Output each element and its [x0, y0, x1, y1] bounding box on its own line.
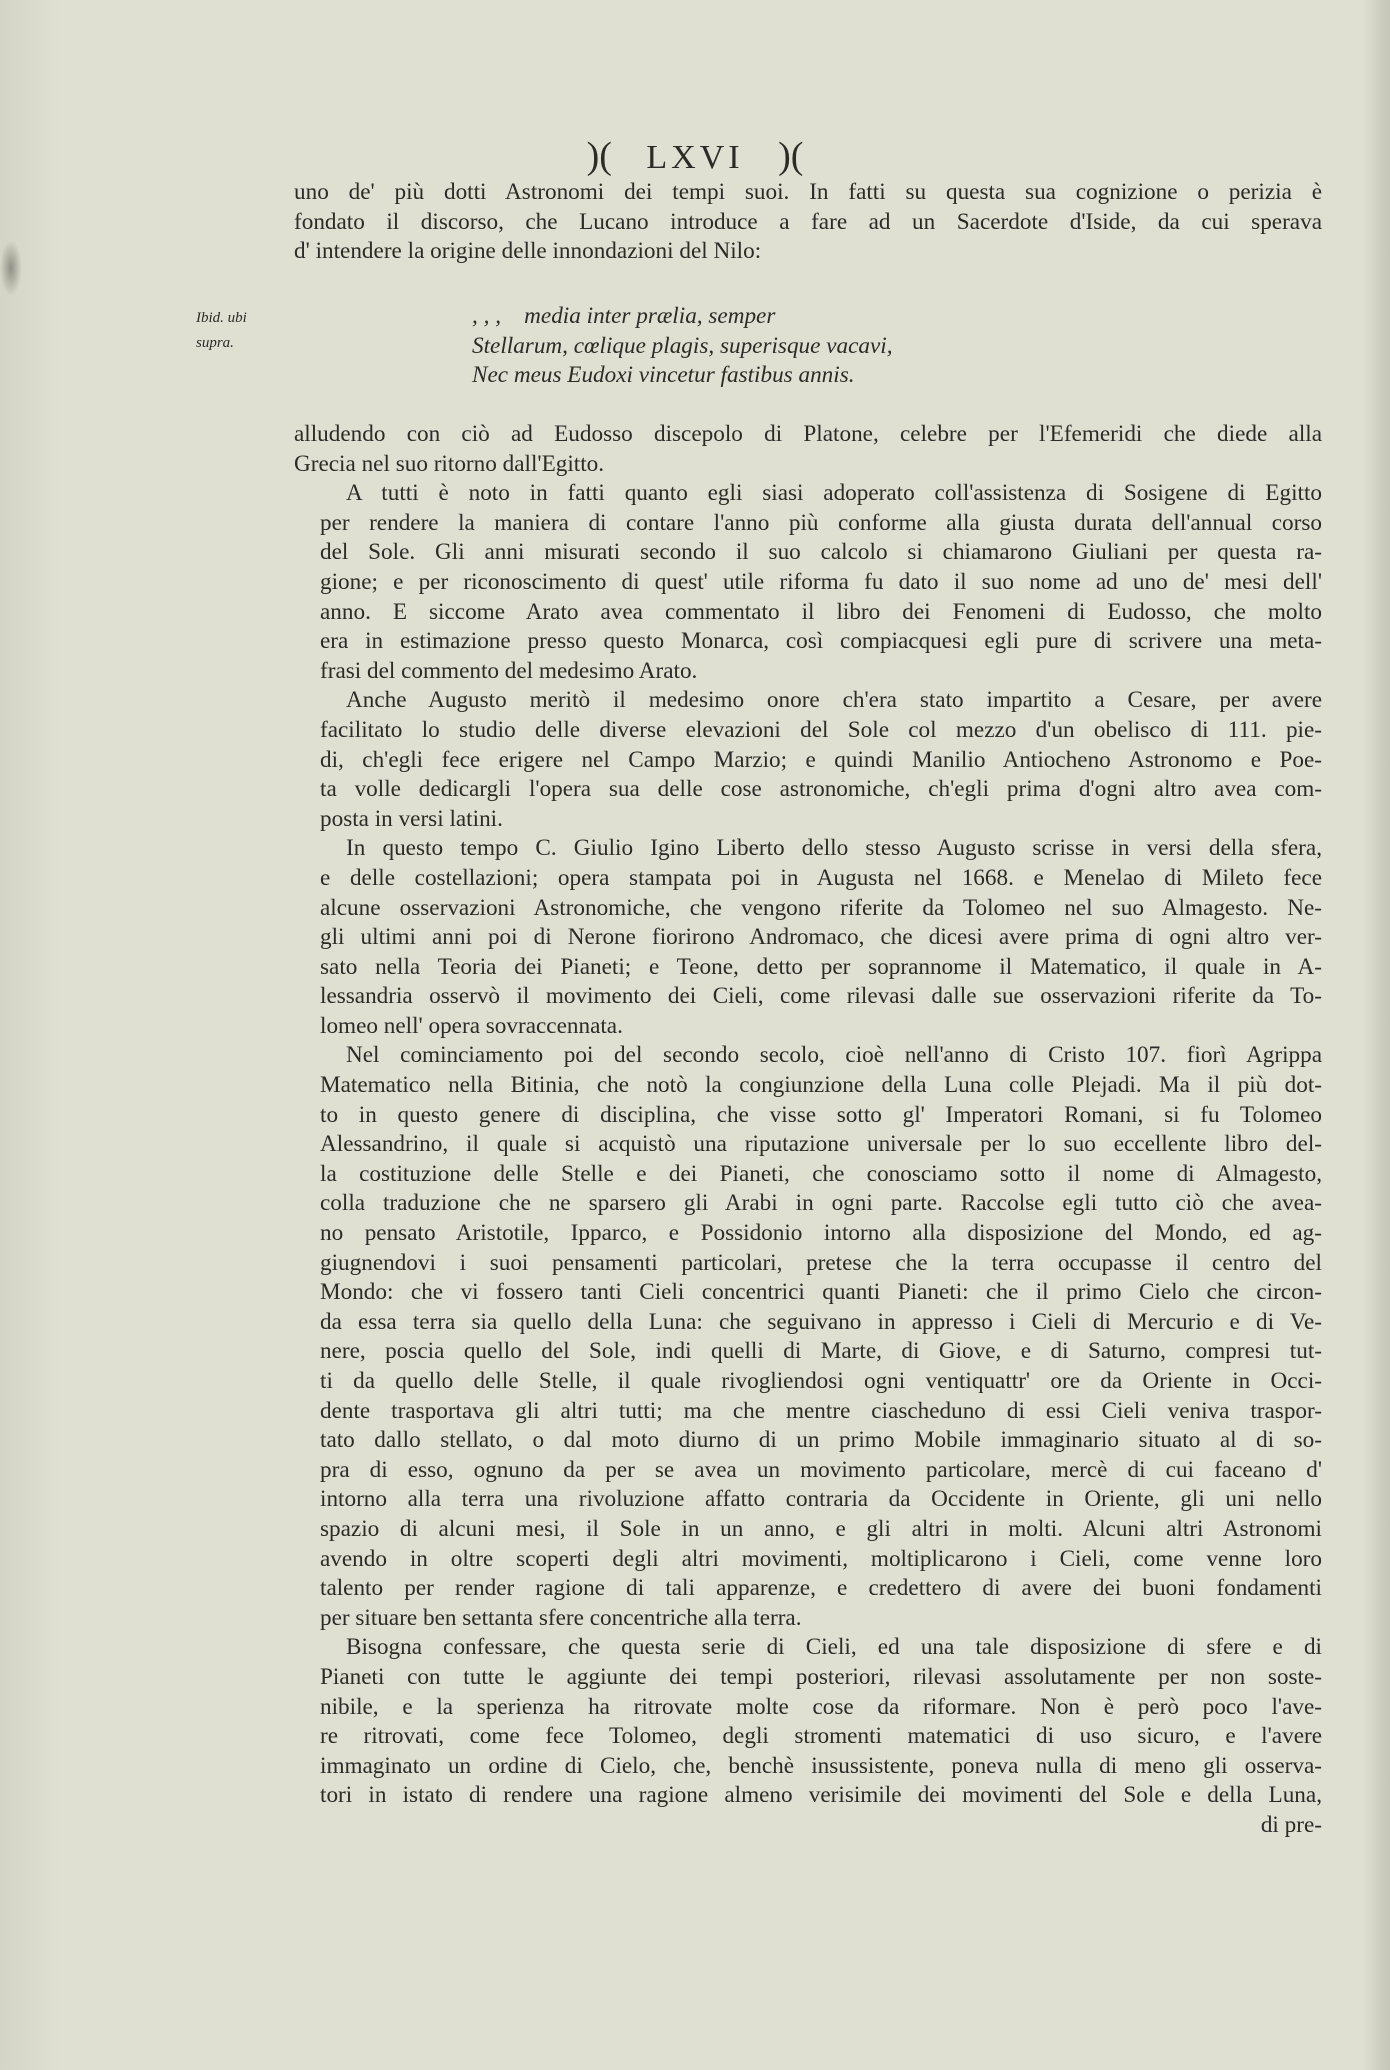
- text-line: per situare ben settanta sfere concentri…: [294, 1604, 1322, 1634]
- text-line: di, ch'egli fece erigere nel Campo Marzi…: [294, 746, 1322, 776]
- text-line: gli ultimi anni poi di Nerone fiorirono …: [294, 923, 1322, 953]
- ink-stain: [0, 240, 22, 296]
- text-line: d' intendere la origine delle innondazio…: [294, 237, 1322, 267]
- text-line: Grecia nel suo ritorno dall'Egitto.: [294, 450, 1322, 480]
- text-line: tato dallo stellato, o dal moto diurno d…: [294, 1426, 1322, 1456]
- text-line: alcune osservazioni Astronomiche, che ve…: [294, 894, 1322, 924]
- text-line: gione; e per riconoscimento di quest' ut…: [294, 568, 1322, 598]
- text-line: frasi del commento del medesimo Arato.: [294, 657, 1322, 687]
- paragraph: Nel cominciamento poi del secondo secolo…: [294, 1041, 1322, 1633]
- paragraph: Bisogna confessare, che questa serie di …: [294, 1633, 1322, 1811]
- text-line: re ritrovati, come fece Tolomeo, degli s…: [294, 1722, 1322, 1752]
- text-line: pra di esso, ognuno da per se avea un mo…: [294, 1456, 1322, 1486]
- verse-line: Nec meus Eudoxi vincetur fastibus annis.: [472, 361, 893, 391]
- text-line: nibile, e la sperienza ha ritrovate molt…: [294, 1693, 1322, 1723]
- verse-line: Stellarum, cœlique plagis, superisque va…: [472, 332, 893, 362]
- text-line: ta volle dedicargli l'opera sua delle co…: [294, 775, 1322, 805]
- text-line: facilitato lo studio delle diverse eleva…: [294, 716, 1322, 746]
- text-line: giugnendovi i suoi pensamenti particolar…: [294, 1249, 1322, 1279]
- text-line: spazio di alcuni mesi, il Sole in un ann…: [294, 1515, 1322, 1545]
- text-line: posta in versi latini.: [294, 805, 1322, 835]
- text-line: tori in istato di rendere una ragione al…: [294, 1781, 1322, 1811]
- text-line: intorno alla terra una rivoluzione affat…: [294, 1485, 1322, 1515]
- text-line: nere, poscia quello del Sole, indi quell…: [294, 1337, 1322, 1367]
- text-line: dente trasportava gli altri tutti; ma ch…: [294, 1397, 1322, 1427]
- text-line: Matematico nella Bitinia, che notò la co…: [294, 1071, 1322, 1101]
- body-text: alludendo con ciò ad Eudosso discepolo d…: [294, 420, 1322, 1841]
- text-line: era in estimazione presso questo Monarca…: [294, 627, 1322, 657]
- text-line: sato nella Teoria dei Pianeti; e Teone, …: [294, 953, 1322, 983]
- text-line: per rendere la maniera di contare l'anno…: [294, 509, 1322, 539]
- verse-line: , , , media inter prælia, semper: [472, 302, 893, 332]
- text-line: In questo tempo C. Giulio Igino Liberto …: [294, 834, 1322, 864]
- paragraph: A tutti è noto in fatti quanto egli sias…: [294, 479, 1322, 686]
- right-ornament: )(: [778, 135, 803, 177]
- text-line: A tutti è noto in fatti quanto egli sias…: [294, 479, 1322, 509]
- book-page: )( LXVI )( uno de' più dotti Astronomi d…: [0, 0, 1390, 2070]
- text-line: avendo in oltre scoperti degli altri mov…: [294, 1545, 1322, 1575]
- text-line: la costituzione delle Stelle e dei Piane…: [294, 1160, 1322, 1190]
- page-number-header: )( LXVI )(: [0, 134, 1390, 178]
- text-line: colla traduzione che ne sparsero gli Ara…: [294, 1189, 1322, 1219]
- text-line: Mondo: che vi fossero tanti Cieli concen…: [294, 1278, 1322, 1308]
- margin-note-line: Ibid. ubi: [196, 306, 247, 331]
- text-line: immaginato un ordine di Cielo, che, benc…: [294, 1752, 1322, 1782]
- text-line: fondato il discorso, che Lucano introduc…: [294, 208, 1322, 238]
- text-line: talento per render ragione di tali appar…: [294, 1574, 1322, 1604]
- text-line: Anche Augusto meritò il medesimo onore c…: [294, 686, 1322, 716]
- page-numeral: LXVI: [646, 139, 743, 176]
- opening-paragraph: uno de' più dotti Astronomi dei tempi su…: [294, 178, 1322, 267]
- text-line: alludendo con ciò ad Eudosso discepolo d…: [294, 420, 1322, 450]
- text-line: del Sole. Gli anni misurati secondo il s…: [294, 538, 1322, 568]
- paragraph: alludendo con ciò ad Eudosso discepolo d…: [294, 420, 1322, 479]
- text-line: da essa terra sia quello della Luna: che…: [294, 1308, 1322, 1338]
- text-line: lessandria osservò il movimento dei Ciel…: [294, 982, 1322, 1012]
- left-ornament: )(: [587, 135, 612, 177]
- paragraph: In questo tempo C. Giulio Igino Liberto …: [294, 834, 1322, 1041]
- text-line: Alessandrino, il quale si acquistò una r…: [294, 1130, 1322, 1160]
- text-line: ti da quello delle Stelle, il quale rivo…: [294, 1367, 1322, 1397]
- text-line: anno. E siccome Arato avea commentato il…: [294, 598, 1322, 628]
- text-line: e delle costellazioni; opera stampata po…: [294, 864, 1322, 894]
- text-line: uno de' più dotti Astronomi dei tempi su…: [294, 178, 1322, 208]
- paragraph: Anche Augusto meritò il medesimo onore c…: [294, 686, 1322, 834]
- text-line: Pianeti con tutte le aggiunte dei tempi …: [294, 1663, 1322, 1693]
- text-line: no pensato Aristotile, Ipparco, e Possid…: [294, 1219, 1322, 1249]
- margin-note-line: supra.: [196, 331, 247, 356]
- marginal-citation: Ibid. ubi supra.: [196, 306, 247, 356]
- text-line: lomeo nell' opera sovraccennata.: [294, 1012, 1322, 1042]
- text-line: Nel cominciamento poi del secondo secolo…: [294, 1041, 1322, 1071]
- text-line: to in questo genere di disciplina, che v…: [294, 1101, 1322, 1131]
- catchword: di pre-: [294, 1811, 1322, 1841]
- verse-quotation: , , , media inter prælia, semper Stellar…: [472, 302, 893, 391]
- text-line: Bisogna confessare, che questa serie di …: [294, 1633, 1322, 1663]
